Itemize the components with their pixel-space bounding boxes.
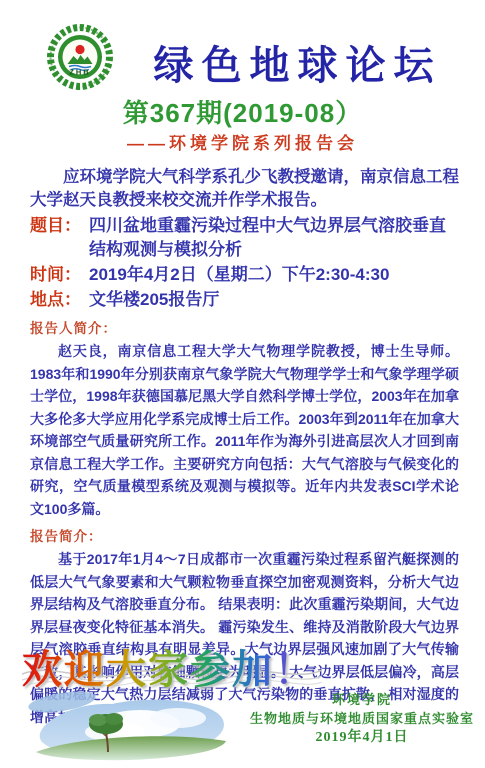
venue-label: 地点：: [30, 288, 81, 312]
topic-line2: 结构观测与模拟分析: [89, 238, 446, 262]
forum-title: 绿色地球论坛: [118, 34, 477, 91]
environmental-protection-logo-icon: ZHB: [45, 20, 115, 94]
speaker-bio-heading: 报告人简介：: [30, 320, 459, 338]
seminar-poster: ZHB 绿色地球论坛 第367期(2019-08） ——环境学院系列报告会 应环…: [0, 0, 485, 768]
venue-value: 文华楼205报告厅: [89, 288, 219, 312]
post-date: 2019年4月1日: [243, 728, 481, 748]
time-value: 2019年4月2日（星期二）下午2:30-4:30: [89, 263, 389, 287]
landscape-illustration-icon: [20, 686, 238, 766]
landscape-graphic: [20, 686, 238, 766]
venue-row: 地点： 文华楼205报告厅: [30, 288, 459, 312]
issue-number: 第367期(2019-08）: [0, 93, 485, 130]
topic-row: 题目： 四川盆地重霾污染过程中大气边界层气溶胶垂直 结构观测与模拟分析: [30, 214, 459, 262]
org-name: 环境学院: [243, 690, 481, 709]
signature-block: 环境学院 生物地质与环境地质国家重点实验室 2019年4月1日: [243, 690, 481, 748]
time-label: 时间：: [30, 263, 81, 287]
topic-label: 题目：: [30, 214, 81, 262]
intro-paragraph: 应环境学院大气科学系孔少飞教授邀请，南京信息工程大学赵天良教授来校交流并作学术报…: [30, 166, 459, 212]
time-row: 时间： 2019年4月2日（星期二）下午2:30-4:30: [30, 263, 459, 287]
topic-text: 四川盆地重霾污染过程中大气边界层气溶胶垂直 结构观测与模拟分析: [89, 214, 446, 262]
zhb-logo-graphic: ZHB: [45, 20, 115, 94]
speaker-bio-text: 赵天良，南京信息工程大学大气物理学院教授，博士生导师。1983年和1990年分别…: [30, 340, 459, 520]
abstract-heading: 报告简介：: [30, 528, 459, 546]
svg-text:ZHB: ZHB: [69, 68, 90, 77]
topic-line1: 四川盆地重霾污染过程中大气边界层气溶胶垂直: [89, 214, 446, 238]
series-subtitle: ——环境学院系列报告会: [0, 129, 485, 154]
lab-name: 生物地质与环境地质国家重点实验室: [243, 709, 481, 728]
